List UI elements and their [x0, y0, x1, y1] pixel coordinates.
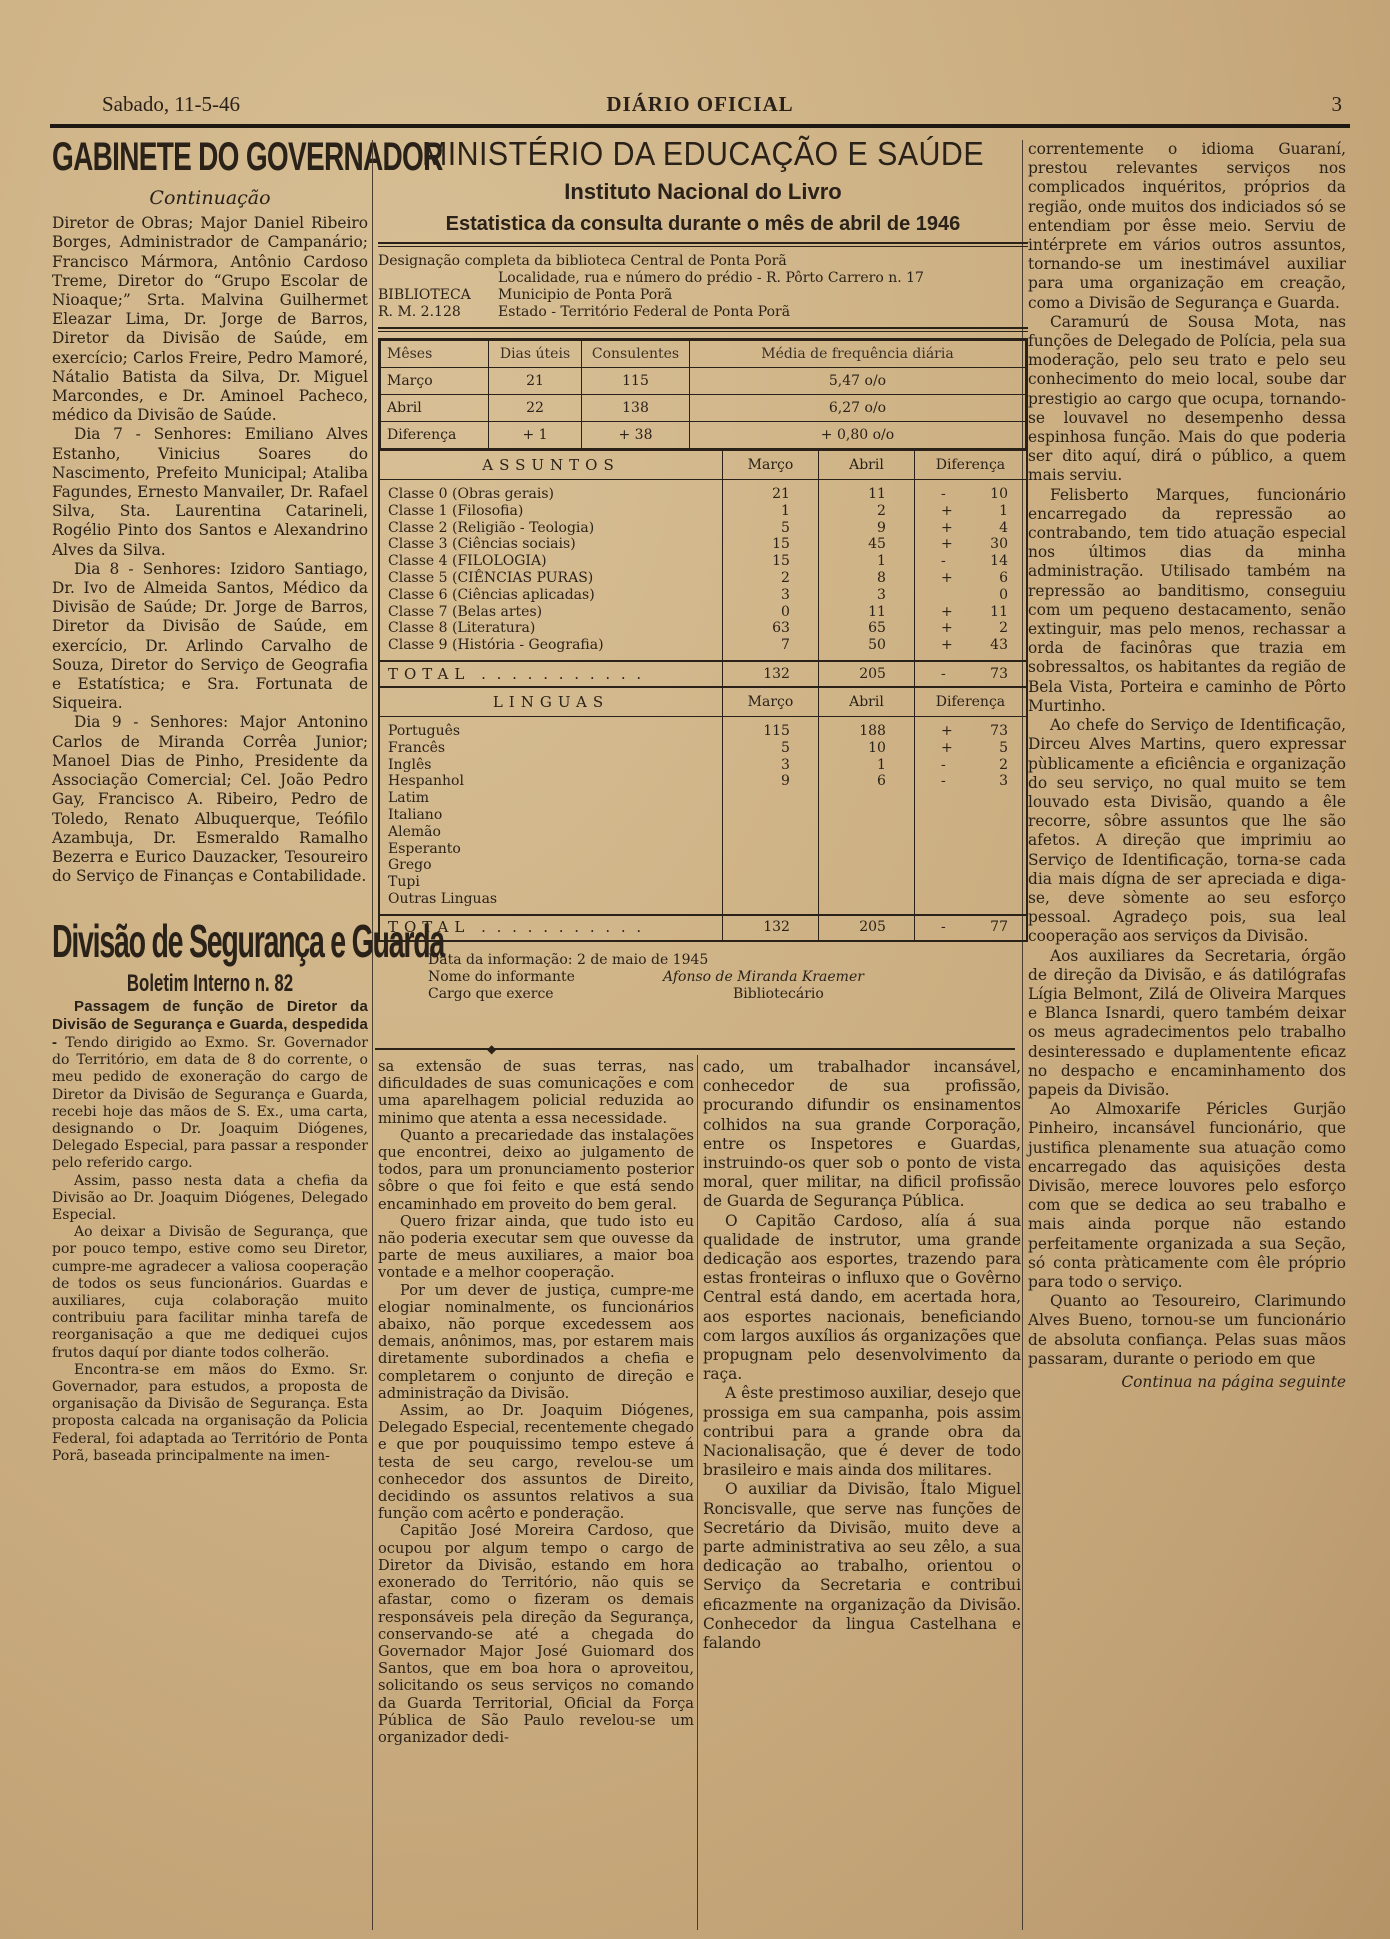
ministerio-block: MINISTÉRIO DA EDUCAÇÃO E SAÚDE Instituto… [378, 135, 1028, 1003]
table-row: Classe 9 (História - Geografia)750+43 [380, 637, 1026, 661]
info-row: R. M. 2.128Estado - Território Federal d… [378, 304, 1028, 321]
rule [378, 327, 1028, 332]
paragraph: O Capitão Cardoso, alía á sua qualidade … [703, 1212, 1021, 1385]
table-row: Classe 0 (Obras gerais)2111-10 [380, 480, 1026, 503]
diamond-ornament: ◆ [487, 1042, 496, 1056]
section-subtitle: Continuação [52, 189, 368, 208]
statistics-tables: MêsesDias úteisConsulentesMédia de frequ… [378, 338, 1028, 942]
report-footer: Data da informação: 2 de maio de 1945Nom… [428, 952, 1028, 1003]
table-row: Latim [380, 790, 1026, 807]
footer-row: Nome do informanteAfonso de Miranda Krae… [428, 969, 1028, 986]
footer-row: Data da informação: 2 de maio de 1945 [428, 952, 1028, 969]
paragraph: Aos auxiliares da Secretaria, órgão de d… [1028, 947, 1346, 1101]
paragraph: Quero frizar ainda, que tudo isto eu não… [378, 1213, 694, 1282]
footer-row: Cargo que exerceBibliotecário [428, 986, 1028, 1003]
column-4-body: correntemente o idioma Guaraní, prestou … [1028, 140, 1346, 1392]
table-row: Março211155,47 o/o [381, 368, 1026, 395]
table-row: Alemão [380, 824, 1026, 841]
column-2-body: sa extensão de suas terras, nas dificuld… [378, 1058, 694, 1746]
paragraph: Dia 9 - Senhores: Major Antonino Carlos … [52, 713, 368, 886]
column-divider [372, 140, 373, 1930]
table-row: Abril221386,27 o/o [381, 395, 1026, 422]
paragraph: Caramurú de Sousa Mota, nas funções de D… [1028, 313, 1346, 486]
table-row: Classe 4 (FILOLOGIA)151-14 [380, 553, 1026, 570]
column-3-body: cado, um trabalhador incansável, conhece… [703, 1058, 1021, 1653]
table-row: Grego [380, 857, 1026, 874]
rule [378, 242, 1028, 247]
paragraph: Assim, ao Dr. Joaquim Diógenes, Delegado… [378, 1402, 694, 1522]
library-info: Designação completa da biblioteca Centra… [378, 253, 1028, 321]
subjects-table: ASSUNTOSMarçoAbrilDiferençaClasse 0 (Obr… [380, 449, 1026, 686]
table-row: Tupi [380, 874, 1026, 891]
table-total-row: TOTAL . . . . . . . . . . .132205-73 [380, 661, 1026, 686]
paragraph: Por um dever de justiça, cumpre-me elogi… [378, 1282, 694, 1402]
section-rule [375, 1048, 1015, 1050]
section-title-divisao: Divisão de Segurança e Guarda [52, 916, 374, 966]
table-total-row: TOTAL . . . . . . . . . . .132205-77 [380, 915, 1026, 940]
languages-table: LINGUASMarçoAbrilDiferençaPortuguês11518… [380, 686, 1026, 940]
boletim-heading: Boletim Interno n. 82 [99, 974, 320, 993]
paragraph: Capitão José Moreira Cardoso, que ocupou… [378, 1522, 694, 1746]
table-row: Italiano [380, 807, 1026, 824]
paragraph: correntemente o idioma Guaraní, prestou … [1028, 140, 1346, 313]
table-row: Classe 3 (Ciências sociais)1545+30 [380, 536, 1026, 553]
table-row: Outras Linguas [380, 891, 1026, 915]
paragraph: sa extensão de suas terras, nas dificuld… [378, 1058, 694, 1127]
paragraph: Dia 8 - Senhores: Izidoro Santiago, Dr. … [52, 560, 368, 714]
table-row: Classe 5 (CIÊNCIAS PURAS)28+6 [380, 570, 1026, 587]
info-row: Designação completa da biblioteca Centra… [378, 253, 1028, 270]
table-row: Classe 2 (Religião - Teologia)59+4 [380, 520, 1026, 537]
column-gabinete: GABINETE DO GOVERNADOR Continuação Diret… [52, 135, 368, 1465]
statistics-title: Estatistica da consulta durante o mês de… [378, 213, 1028, 236]
masthead: Sabado, 11-5-46 DIÁRIO OFICIAL 3 [50, 92, 1350, 124]
paragraph: cado, um trabalhador incansável, conhece… [703, 1058, 1021, 1212]
newspaper-title: DIÁRIO OFICIAL [50, 92, 1350, 117]
section-title-gabinete: GABINETE DO GOVERNADOR [52, 135, 367, 179]
paragraph: Felisberto Marques, funcionário encarreg… [1028, 486, 1346, 716]
paragraph: A êste prestimoso auxiliar, desejo que p… [703, 1384, 1021, 1480]
table-row: Francês510+5 [380, 740, 1026, 757]
frequency-table: MêsesDias úteisConsulentesMédia de frequ… [380, 340, 1026, 449]
continued-note: Continua na página seguinte [1028, 1373, 1346, 1392]
lead-paragraph: Passagem de função de Diretor da Divisão… [52, 998, 368, 1173]
paragraph: Ao deixar a Divisão de Segurança, que po… [52, 1224, 368, 1362]
divisao-body: Passagem de função de Diretor da Divisão… [52, 998, 368, 1465]
table-header: LINGUASMarçoAbrilDiferença [380, 687, 1026, 717]
paragraph: Quanto a precariedade das instalações qu… [378, 1127, 694, 1213]
table-row: Inglês31-2 [380, 757, 1026, 774]
masthead-rule [50, 124, 1350, 128]
table-header: ASSUNTOSMarçoAbrilDiferença [380, 450, 1026, 480]
paragraph: Encontra-se em mãos do Exmo. Sr. Governa… [52, 1362, 368, 1465]
column-divider [697, 1055, 698, 1930]
table-row: Classe 6 (Ciências aplicadas)330 [380, 587, 1026, 604]
table-row: Classe 1 (Filosofia)12+1 [380, 503, 1026, 520]
ministry-title: MINISTÉRIO DA EDUCAÇÃO E SAÚDE [404, 135, 1002, 173]
table-header: MêsesDias úteisConsulentesMédia de frequ… [381, 341, 1026, 368]
table-row: Esperanto [380, 841, 1026, 858]
paragraph: Diretor de Obras; Major Daniel Ribeiro B… [52, 214, 368, 425]
paragraph: O auxiliar da Divisão, Ítalo Miguel Ronc… [703, 1480, 1021, 1653]
paragraph: Assim, passo nesta data a chefia da Divi… [52, 1173, 368, 1225]
gabinete-body: Diretor de Obras; Major Daniel Ribeiro B… [52, 214, 368, 886]
table-row: Classe 8 (Literatura)6365+2 [380, 620, 1026, 637]
institute-title: Instituto Nacional do Livro [378, 179, 1028, 205]
table-row: Classe 7 (Belas artes)011+11 [380, 604, 1026, 621]
paragraph: Quanto ao Tesoureiro, Clarimundo Alves B… [1028, 1292, 1346, 1369]
paragraph: Ao Almoxarife Péricles Gurjão Pinheiro, … [1028, 1100, 1346, 1292]
info-row: Localidade, rua e número do prédio - R. … [378, 270, 1028, 287]
paragraph: Ao chefe do Serviço de Identificação, Di… [1028, 716, 1346, 946]
paragraph: Dia 7 - Senhores: Emiliano Alves Estanho… [52, 425, 368, 559]
info-row: BIBLIOTECAMunicipio de Ponta Porã [378, 287, 1028, 304]
newspaper-page: Sabado, 11-5-46 DIÁRIO OFICIAL 3 [50, 92, 1350, 124]
page-number: 3 [1332, 92, 1343, 117]
table-row: Hespanhol96-3 [380, 773, 1026, 790]
table-row: Diferença+ 1+ 38+ 0,80 o/o [381, 422, 1026, 449]
table-row: Português115188+73 [380, 716, 1026, 739]
